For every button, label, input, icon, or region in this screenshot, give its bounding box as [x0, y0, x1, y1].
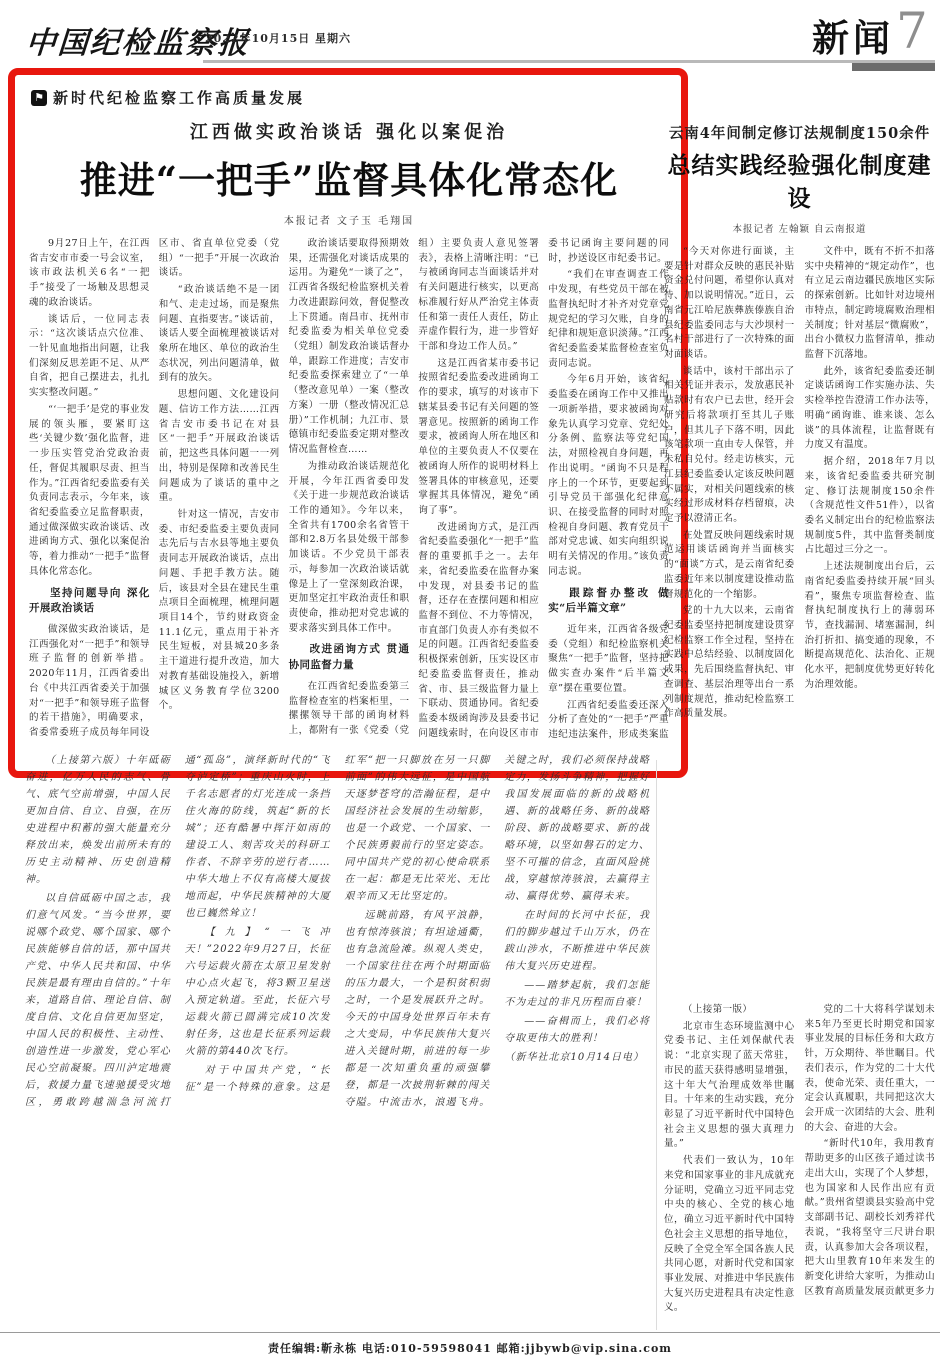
- article-body-columns: 9月27日上午，在江西省吉安市市委一号会议室，该市政法机关6名“一把手”接受了一…: [29, 237, 669, 743]
- body-paragraph: 上述法规制度出台后，云南省纪委监委持续开展“回头看”，聚焦专项监督检查、监督执纪…: [805, 560, 936, 692]
- body-paragraph: 文件中，既有不折不扣落实中央精神的“规定动作”，也有立足云南边疆民族地区实际的探…: [805, 245, 936, 363]
- body-paragraph: ——奋楫而上，我们必将夺取更伟大的胜利！: [504, 1013, 650, 1047]
- tag-label: 新时代纪检监察工作高质量发展: [53, 87, 305, 108]
- continued-marker: （上接第一版）: [664, 1003, 795, 1018]
- right-rail: 云南4年间制定修订法规制度150余件 总结实践经验强化制度建设 本报记者 左翰颖…: [664, 86, 935, 1332]
- body-paragraph: “今天对你进行面谈，主要是针对群众反映的惠民补贴资金兑付问题，希望你认真对待、加…: [664, 245, 795, 363]
- column-subhead: 改进函询方式 贯通协同监督力量: [289, 642, 410, 674]
- body-paragraph: 谈话后，一位同志表示：“这次谈话点穴位准、一针见血地指出问题，让我们深刻反思差距…: [29, 313, 150, 401]
- body-paragraph: 思想问题、文化建设问题、信访工作方法……江西省吉安市委书记在对县区“一把手”开展…: [159, 388, 280, 506]
- continued-from-front: （上接第一版） 北京市生态环境监测中心党委书记、主任刘保献代表说：“北京实现了蓝…: [664, 1003, 935, 1321]
- body-paragraph: 在处置反映问题线索时规范运用谈话函询并当面核实的“面谈”方式，是云南省纪委监委近…: [664, 529, 795, 603]
- body-paragraph: ——踏梦起航，我们怎能不为走过的非凡历程而自豪！: [504, 977, 650, 1011]
- newspaper-page: 中国纪检监察报 2022年10月15日 星期六 新闻 7 ⚑ 新时代纪检监察工作…: [0, 0, 940, 1368]
- body-paragraph: 据介绍，2018年7月以来，该省纪委监委共研究制定、修订法规制度150余件（含规…: [805, 455, 936, 558]
- issue-date: 2022年10月15日 星期六: [205, 30, 351, 46]
- body-paragraph: 【九】“一飞冲天！”2022年9月27日，长征六号运载火箭在太原卫星发射中心点火…: [185, 924, 331, 1060]
- body-paragraph: 近年来，江西省各级党委（党组）和纪检监察机关聚焦“一把手”监督，坚持把做实查办案…: [548, 623, 669, 697]
- article-tag: ⚑ 新时代纪检监察工作高质量发展: [31, 87, 669, 108]
- body-paragraph: 在时间的长河中长征，我们的脚步越过千山万水，仍在跋山涉水，不断推进中华民族伟大复…: [504, 907, 650, 975]
- footer-credits: 责任编辑:靳永栋 电话:010-59598041 邮箱:jjbywb@vip.s…: [0, 1340, 940, 1356]
- body-paragraph: “我们在审查调查工作中发现，有些党员干部在被监督执纪时才补齐对党章党规党纪的学习…: [548, 268, 669, 371]
- article-kicker: 江西做实政治谈话 强化以案促治: [29, 118, 669, 144]
- body-paragraph: 9月27日上午，在江西省吉安市市委一号会议室，该市政法机关6名“一把手”接受了一…: [29, 237, 150, 311]
- column-divider: [656, 760, 657, 1330]
- page-number: 7: [896, 2, 928, 60]
- body-paragraph: 北京市生态环境监测中心党委书记、主任刘保献代表说：“北京实现了蓝天常驻，市民的蓝…: [664, 1020, 795, 1152]
- secondary-byline: 本报记者 左翰颖 自云南报道: [664, 221, 935, 235]
- header-rule-dark: [852, 63, 935, 71]
- highlight-box: ⚑ 新时代纪检监察工作高质量发展 江西做实政治谈话 强化以案促治 推进“一把手”…: [8, 68, 688, 778]
- article-byline: 本报记者 文子玉 毛翔国: [29, 212, 669, 227]
- column-subhead: 坚持问题导向 深化开展政治谈话: [29, 586, 150, 618]
- body-paragraph: 政治谈话要取得预期效果，还需强化对谈话成果的运用。为避免“一谈了之”，江西省各级…: [289, 237, 410, 458]
- secondary-body-columns: “今天对你进行面谈，主要是针对群众反映的惠民补贴资金兑付问题，希望你认真对待、加…: [664, 245, 935, 987]
- secondary-headline: 总结实践经验强化制度建设: [664, 147, 935, 213]
- body-paragraph: “‘一把手’是党的事业发展的领头雁，要紧盯这些‘关键少数’强化监督，进一步压实管…: [29, 403, 150, 580]
- body-paragraph: （上接第六版）十年砥砺奋进，亿万人民的志气、骨气、底气空前增强，中国人民更加自信…: [25, 752, 171, 888]
- header-rule: [203, 60, 935, 63]
- flag-icon: ⚑: [31, 90, 47, 106]
- body-paragraph: 今年6月开始，该省纪委监委在函询工作中又推出一项新举措，要求被函询对象先认真学习…: [548, 373, 669, 579]
- column-subhead: 跟踪督办整改 做实“后半篇文章”: [548, 586, 669, 618]
- page-header: 中国纪检监察报 2022年10月15日 星期六 新闻 7: [0, 0, 940, 66]
- body-paragraph: “政治谈话绝不是一团和气、走走过场，而是聚焦问题、直指要害。”谈话前，谈话人要全…: [159, 283, 280, 386]
- body-paragraph: 谈话中，该村干部出示了相关凭证并表示，发放惠民补贴款时有农户已去世，经开会研究后…: [664, 365, 795, 527]
- body-paragraph: 代表们一致认为，10年来党和国家事业的非凡成就充分证明，党确立习近平同志党中央的…: [664, 1154, 795, 1316]
- section-label: 新闻: [812, 8, 894, 62]
- secondary-kicker: 云南4年间制定修订法规制度150余件: [664, 122, 935, 143]
- body-paragraph: 针对这一情况，吉安市委、市纪委监委主要负责同志先后与吉水县等地主要负责同志开展政…: [159, 508, 280, 714]
- footer-rule: [0, 1332, 940, 1333]
- secondary-article: 云南4年间制定修订法规制度150余件 总结实践经验强化制度建设 本报记者 左翰颖…: [664, 122, 935, 987]
- feature-continued: （上接第六版）十年砥砺奋进，亿万人民的志气、骨气、底气空前增强，中国人民更加自信…: [25, 752, 650, 1330]
- body-paragraph: 为推动政治谈话规范化开展，今年江西省委印发《关于进一步规范政治谈话工作的通知》。…: [289, 460, 410, 637]
- article-headline: 推进“一把手”监督具体化常态化: [29, 150, 669, 204]
- body-paragraph: （新华社北京10月14日电）: [504, 1049, 650, 1066]
- body-paragraph: 这是江西省某市委书记按照省纪委监委改进函询工作的要求，填写的对该市下辖某县委书记…: [418, 357, 539, 519]
- body-paragraph: 党的十九大以来，云南省纪委监委坚持把制度建设贯穿纪检监察工作全过程，坚持在实践中…: [664, 604, 795, 722]
- body-paragraph: 此外，该省纪委监委还制定谈话函询工作实施办法、失实检举控告澄清工作办法等，明确“…: [805, 365, 936, 453]
- body-paragraph: 党的二十大将科学谋划未来5年乃至更长时期党和国家事业发展的目标任务和大政方针，万…: [805, 1003, 936, 1135]
